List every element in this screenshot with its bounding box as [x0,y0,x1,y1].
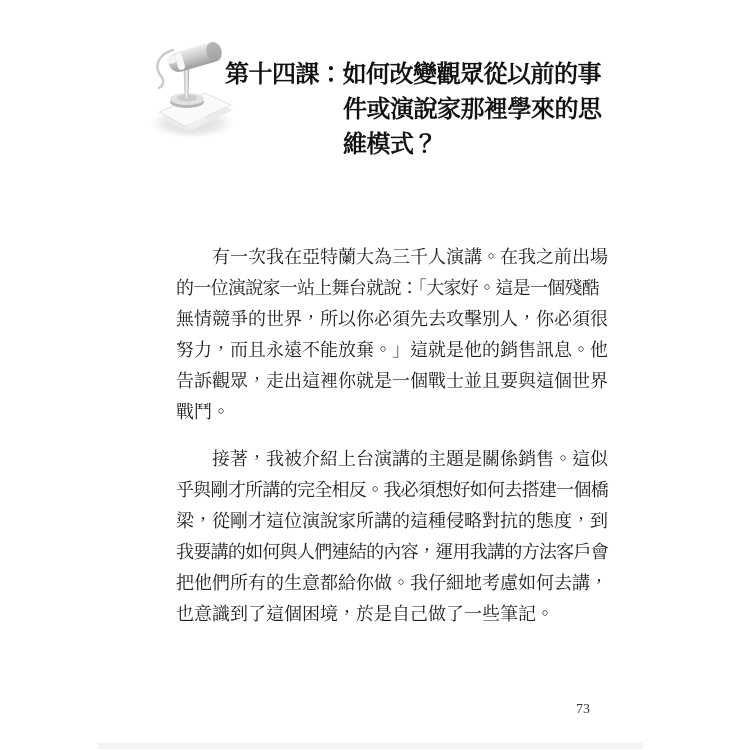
chapter-title: 第十四課：如何改變觀眾從以前的事 件或演說家那裡學來的思 維模式？ [225,57,602,162]
paragraph: 接著，我被介紹上台演講的主題是關係銷售。這似乎與剛才所講的完全相反。我必須想好如… [176,444,608,630]
text-line: 梁，從剛才這位演說家所講的這種侵略對抗的態度，到 [176,506,608,537]
title-line: 件或演說家那裡學來的思 [343,92,602,127]
text-line: 也意識到了這個困境，於是自己做了一些筆記。 [176,599,608,630]
text-line: 努力，而且永遠不能放棄。」這就是他的銷售訊息。他 [176,335,608,366]
text-line: 告訴觀眾，走出這裡你就是一個戰士並且要與這個世界 [176,366,608,397]
text-line: 有一次我在亞特蘭大為三千人演講。在我之前出場 [176,242,608,273]
title-line: 第十四課：如何改變觀眾從以前的事 [225,57,602,92]
page-number: 73 [576,702,590,718]
text-line: 接著，我被介紹上台演講的主題是關係銷售。這似 [176,444,608,475]
title-line-text: 如何改變觀眾從以前的事 [343,61,602,88]
paragraph: 有一次我在亞特蘭大為三千人演講。在我之前出場的一位演說家一站上舞台就說：「大家好… [176,242,608,428]
text-line: 戰鬥。 [176,397,608,428]
book-page: 第十四課：如何改變觀眾從以前的事 件或演說家那裡學來的思 維模式？ 有一次我在亞… [0,0,750,750]
text-line: 乎與剛才所講的完全相反。我必須想好如何去搭建一個橋 [176,475,608,506]
text-line: 無情競爭的世界，所以你必須先去攻擊別人，你必須很 [176,304,608,335]
text-line: 的一位演說家一站上舞台就說：「大家好。這是一個殘酷 [176,273,608,304]
title-line: 維模式？ [343,127,602,162]
text-line: 我要講的如何與人們連結的內容，運用我講的方法客戶會 [176,537,608,568]
text-line: 把他們所有的生意都給你做。我仔細地考慮如何去講， [176,568,608,599]
body-text: 有一次我在亞特蘭大為三千人演講。在我之前出場的一位演說家一站上舞台就說：「大家好… [176,242,608,630]
footer-strip [98,743,643,749]
chapter-label: 第十四課： [225,61,343,88]
